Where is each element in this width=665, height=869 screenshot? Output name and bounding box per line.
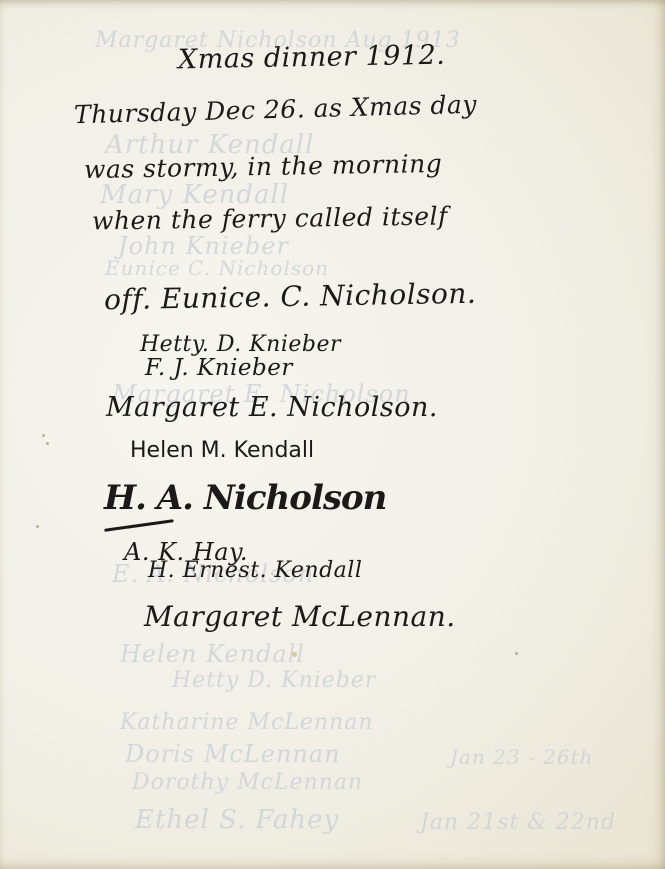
paper-speck — [515, 652, 518, 655]
entry-title: Xmas dinner 1912. — [178, 40, 446, 76]
paper-speck — [42, 434, 45, 437]
signature: Eunice. C. Nicholson. — [161, 277, 477, 315]
paper-speck — [292, 652, 297, 657]
signature: H. A. Nicholson — [104, 478, 386, 518]
bleed-through-line: Dorothy McLennan — [132, 770, 363, 795]
guestbook-page: Margaret Nicholson Aug 1913 Arthur Kenda… — [0, 0, 665, 869]
paper-speck — [46, 442, 49, 445]
signature: Margaret McLennan. — [144, 600, 456, 633]
paper-speck — [36, 525, 39, 528]
entry-line: was stormy, in the morning — [84, 149, 443, 184]
bleed-through-line: Ethel S. Fahey — [135, 805, 339, 835]
bleed-through-line: Doris McLennan — [125, 740, 341, 768]
signature-flourish — [104, 519, 174, 532]
signature-line: off. Eunice. C. Nicholson. — [104, 277, 477, 316]
signature: Hetty. D. Knieber — [140, 332, 341, 357]
entry-prefix: off. — [104, 282, 152, 316]
signature: Helen M. Kendall — [130, 438, 314, 463]
bleed-through-line: Katharine McLennan — [120, 710, 374, 735]
signature: Margaret E. Nicholson. — [106, 392, 438, 423]
entry-line: when the ferry called itself — [92, 202, 448, 236]
signature: H. Ernest. Kendall — [148, 558, 362, 583]
entry-line: Thursday Dec 26. as Xmas day — [74, 90, 478, 130]
bleed-through-date: Jan 23 - 26th — [450, 745, 593, 769]
bleed-through-line: Helen Kendall — [120, 640, 305, 668]
bleed-through-line: Eunice C. Nicholson — [105, 256, 329, 280]
signature: F. J. Knieber — [145, 355, 293, 381]
bleed-through-date: Jan 21st & 22nd — [420, 810, 616, 835]
bleed-through-line: Hetty D. Knieber — [172, 668, 376, 693]
